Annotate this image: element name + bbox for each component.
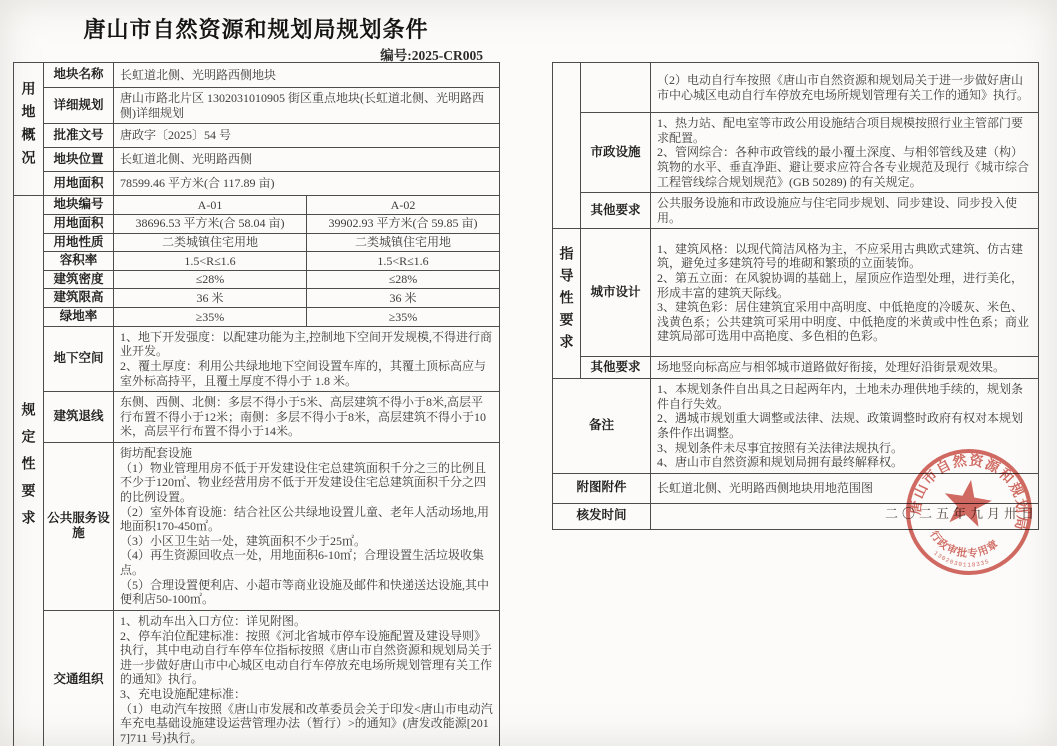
- row-label: 市政设施: [581, 113, 651, 193]
- svg-text:行政审批专用章: 行政审批专用章: [925, 527, 1003, 565]
- row-value: 1、地下开发强度：以配建功能为主,控制地下空间开发规模,不得进行商业开发。 2、…: [114, 326, 500, 392]
- row-label: 其他要求: [581, 193, 651, 229]
- row-label: 地块位置: [44, 148, 114, 172]
- plot-b-value: 1.5<R≤1.6: [307, 252, 500, 271]
- row-label: 其他要求: [581, 357, 651, 379]
- row-value: 1、热力站、配电室等市政公用设施结合项目规模按照行业主管部门要求配置。 2、管网…: [651, 113, 1039, 193]
- row-value: （2）电动自行车按照《唐山市自然资源和规划局关于进一步做好唐山市中心城区电动自行…: [651, 63, 1039, 113]
- row-value: 唐山市路北片区 1302031010905 街区重点地块(长虹道北侧、光明路西侧…: [114, 88, 500, 124]
- category-land-overview: 用地概况: [14, 63, 44, 196]
- category-label: 规定性要求: [22, 402, 36, 537]
- table-row: 地下空间 1、地下开发强度：以配建功能为主,控制地下空间开发规模,不得进行商业开…: [14, 326, 500, 392]
- row-label: 地块名称: [44, 63, 114, 88]
- table-row: （2）电动自行车按照《唐山市自然资源和规划局关于进一步做好唐山市中心城区电动自行…: [553, 63, 1039, 113]
- row-value: 唐政字〔2025〕54 号: [114, 124, 500, 148]
- row-label: 用地性质: [44, 233, 114, 252]
- table-row: 地块位置 长虹道北侧、光明路西侧: [14, 148, 500, 172]
- plot-a-value: A-01: [114, 196, 307, 215]
- plot-b-value: 36 米: [307, 289, 500, 308]
- table-row: 详细规划 唐山市路北片区 1302031010905 街区重点地块(长虹道北侧、…: [14, 88, 500, 124]
- plot-a-value: ≥35%: [114, 308, 307, 327]
- row-label: 详细规划: [44, 88, 114, 124]
- seal-star-icon: [940, 476, 994, 528]
- category-guiding-requirements: 指导性要求: [553, 229, 581, 379]
- plot-a-value: 二类城镇住宅用地: [114, 233, 307, 252]
- category-prescriptive-continued: [553, 63, 581, 229]
- row-value: 长虹道北侧、光明路西侧: [114, 148, 500, 172]
- table-row: 用地面积 78599.46 平方米(合 117.89 亩): [14, 172, 500, 196]
- table-row: 用地概况 地块名称 长虹道北侧、光明路西侧地块: [14, 63, 500, 88]
- plot-b-value: ≥35%: [307, 308, 500, 327]
- category-label: 用地概况: [22, 81, 36, 173]
- plot-b-value: 39902.93 平方米(合 59.85 亩): [307, 214, 500, 233]
- table-row: 用地面积 38696.53 平方米(合 58.04 亩) 39902.93 平方…: [14, 214, 500, 233]
- table-row: 公共服务设施 街坊配套设施 （1）物业管理用房不低于开发建设住宅总建筑面积千分之…: [14, 443, 500, 611]
- row-label: 公共服务设施: [44, 443, 114, 611]
- table-row: 容积率 1.5<R≤1.6 1.5<R≤1.6: [14, 252, 500, 271]
- document-number: 编号:2025-CR005: [13, 44, 483, 64]
- category-label: 指导性要求: [560, 246, 574, 356]
- table-row: 绿地率 ≥35% ≥35%: [14, 308, 500, 327]
- row-label: 城市设计: [581, 229, 651, 357]
- plot-b-value: ≤28%: [307, 270, 500, 289]
- row-label: 建筑退线: [44, 392, 114, 443]
- table-row: 其他要求 公共服务设施和市政设施应与住宅同步规划、同步建设、同步投入使用。: [553, 193, 1039, 229]
- row-label: 交通组织: [44, 610, 114, 746]
- table-row: 规定性要求 地块编号 A-01 A-02: [14, 196, 500, 215]
- table-row: 用地性质 二类城镇住宅用地 二类城镇住宅用地: [14, 233, 500, 252]
- plot-b-value: 二类城镇住宅用地: [307, 233, 500, 252]
- row-label: 用地面积: [44, 214, 114, 233]
- row-value: 街坊配套设施 （1）物业管理用房不低于开发建设住宅总建筑面积千分之三的比例且不少…: [114, 443, 500, 611]
- row-label: 地下空间: [44, 326, 114, 392]
- row-label: 附图附件: [553, 473, 651, 503]
- document-title: 唐山市自然资源和规划局规划条件: [13, 13, 499, 44]
- row-value: 1、建筑风格：以现代简洁风格为主，不应采用古典欧式建筑、仿古建筑，避免过多建筑符…: [651, 229, 1039, 357]
- table-row: 建筑限高 36 米 36 米: [14, 289, 500, 308]
- table-row: 建筑退线 东侧、西侧、北侧：多层不得小于5米、高层建筑不得小于8米,高层平行布置…: [14, 392, 500, 443]
- row-label: 建筑密度: [44, 270, 114, 289]
- seal-type-text: 行政审批专用章: [925, 527, 1003, 565]
- row-label: 用地面积: [44, 172, 114, 196]
- row-value: 场地竖向标高应与相邻城市道路做好衔接，处理好沿街景观效果。: [651, 357, 1039, 379]
- row-value: 东侧、西侧、北侧：多层不得小于5米、高层建筑不得小于8米,高层平行布置不得小于1…: [114, 392, 500, 443]
- row-label: 地块编号: [44, 196, 114, 215]
- row-value: 78599.46 平方米(合 117.89 亩): [114, 172, 500, 196]
- official-seal-stamp: 唐山市自然资源和规划局 行政审批专用章 1302030118335: [882, 425, 1056, 599]
- row-value: 公共服务设施和市政设施应与住宅同步规划、同步建设、同步投入使用。: [651, 193, 1039, 229]
- plot-b-value: A-02: [307, 196, 500, 215]
- row-label: [581, 63, 651, 113]
- row-label: 容积率: [44, 252, 114, 271]
- category-prescriptive-requirements: 规定性要求: [14, 196, 44, 746]
- row-label: 批准文号: [44, 124, 114, 148]
- table-row: 交通组织 1、机动车出入口方位：详见附图。 2、停车泊位配建标准：按照《河北省城…: [14, 610, 500, 746]
- table-row: 市政设施 1、热力站、配电室等市政公用设施结合项目规模按照行业主管部门要求配置。…: [553, 113, 1039, 193]
- row-label: 建筑限高: [44, 289, 114, 308]
- row-label: 绿地率: [44, 308, 114, 327]
- plot-a-value: 1.5<R≤1.6: [114, 252, 307, 271]
- left-table: 用地概况 地块名称 长虹道北侧、光明路西侧地块 详细规划 唐山市路北片区 130…: [13, 62, 500, 746]
- table-row: 建筑密度 ≤28% ≤28%: [14, 270, 500, 289]
- plot-a-value: ≤28%: [114, 270, 307, 289]
- plot-a-value: 38696.53 平方米(合 58.04 亩): [114, 214, 307, 233]
- row-value: 1、机动车出入口方位：详见附图。 2、停车泊位配建标准：按照《河北省城市停车设施…: [114, 610, 500, 746]
- row-value: 长虹道北侧、光明路西侧地块: [114, 63, 500, 88]
- row-label: 核发时间: [553, 503, 651, 529]
- table-row: 其他要求 场地竖向标高应与相邻城市道路做好衔接，处理好沿街景观效果。: [553, 357, 1039, 379]
- table-row: 指导性要求 城市设计 1、建筑风格：以现代简洁风格为主，不应采用古典欧式建筑、仿…: [553, 229, 1039, 357]
- plot-a-value: 36 米: [114, 289, 307, 308]
- table-row: 批准文号 唐政字〔2025〕54 号: [14, 124, 500, 148]
- row-label: 备注: [553, 379, 651, 474]
